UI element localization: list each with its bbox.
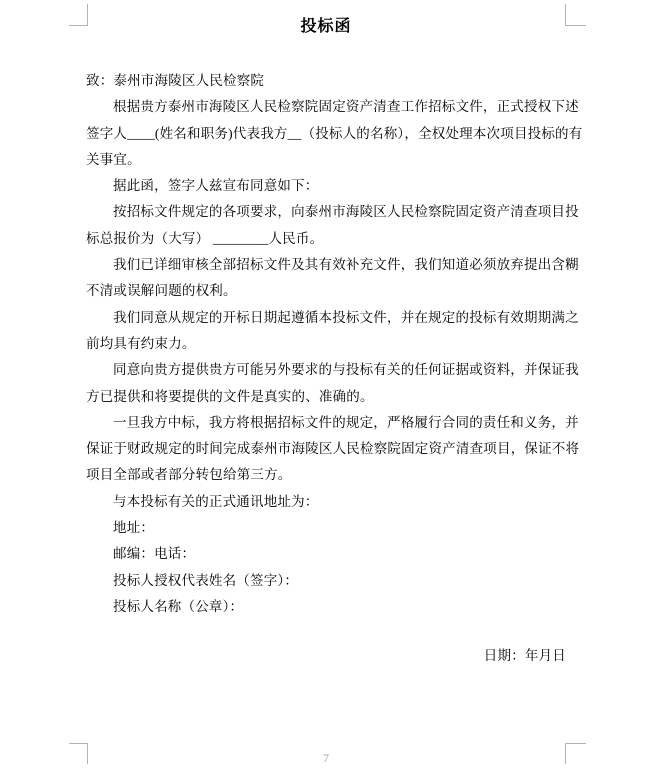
text-line: 地址： <box>86 515 566 541</box>
text-line: 一旦我方中标，我方将根据招标文件的规定，严格履行合同的责任和义务，并 <box>86 410 566 436</box>
document-body: 致：泰州市海陵区人民检察院根据贵方泰州市海陵区人民检察院固定资产清查工作招标文件… <box>86 68 566 670</box>
text-line: 不清或误解问题的权利。 <box>86 278 566 304</box>
text-line: 前均具有约束力。 <box>86 331 566 357</box>
document-page: 投标函 致：泰州市海陵区人民检察院根据贵方泰州市海陵区人民检察院固定资产清查工作… <box>0 0 652 781</box>
text-line: 投标人名称（公章）： <box>86 594 566 620</box>
text-line: 日期：年月日 <box>86 643 566 669</box>
text-line: 按招标文件规定的各项要求，向泰州市海陵区人民检察院固定资产清查项目投 <box>86 199 566 225</box>
text-line: 签字人____(姓名和职务)代表我方__（投标人的名称），全权处理本次项目投标的… <box>86 121 566 147</box>
text-line: 据此函，签字人兹宣布同意如下： <box>86 173 566 199</box>
page-number: 7 <box>0 751 652 765</box>
text-line: 我们已详细审核全部招标文件及其有效补充文件，我们知道必须放弃提出含糊 <box>86 252 566 278</box>
text-line: 保证于财政规定的时间完成泰州市海陵区人民检察院固定资产清查项目，保证不将 <box>86 436 566 462</box>
text-line: 与本投标有关的正式通讯地址为： <box>86 489 566 515</box>
margin-mark-top-right-icon <box>565 4 586 26</box>
text-line: 项目全部或者部分转包给第三方。 <box>86 462 566 488</box>
text-line: 同意向贵方提供贵方可能另外要求的与投标有关的任何证据或资料，并保证我 <box>86 357 566 383</box>
document-content: 投标函 致：泰州市海陵区人民检察院根据贵方泰州市海陵区人民检察院固定资产清查工作… <box>86 14 566 670</box>
text-line: 我们同意从规定的开标日期起遵循本投标文件，并在规定的投标有效期期满之 <box>86 305 566 331</box>
text-line: 投标人授权代表姓名（签字）： <box>86 568 566 594</box>
text-line: 根据贵方泰州市海陵区人民检察院固定资产清查工作招标文件，正式授权下述 <box>86 94 566 120</box>
document-title: 投标函 <box>86 14 566 40</box>
text-line: 致：泰州市海陵区人民检察院 <box>86 68 566 94</box>
text-line: 方已提供和将要提供的文件是真实的、准确的。 <box>86 384 566 410</box>
text-line: 关事宜。 <box>86 147 566 173</box>
text-line: 邮编：电话： <box>86 541 566 567</box>
text-line: 标总报价为（大写） ________人民币。 <box>86 226 566 252</box>
